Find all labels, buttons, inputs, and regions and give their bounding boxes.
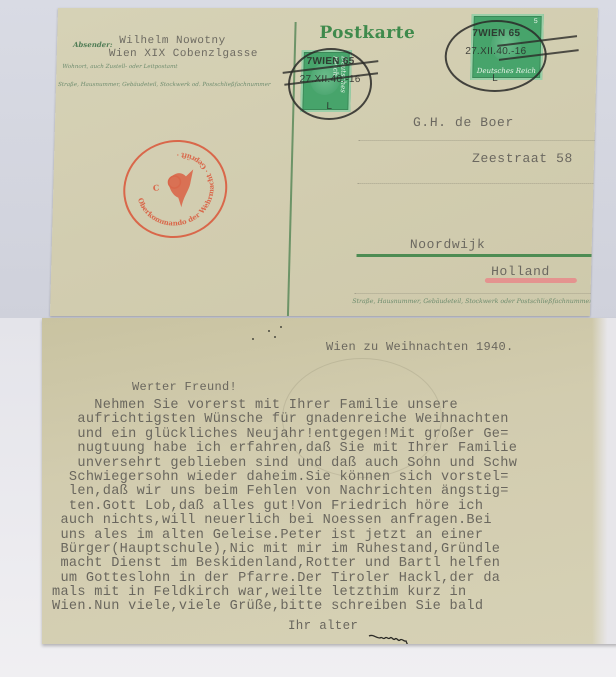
postcard-back: Wien zu Weihnachten 1940. Werter Freund!… (42, 318, 616, 644)
letter-body: Nehmen Sie vorerst mit Ihrer Familie uns… (52, 398, 517, 614)
city-underline (356, 254, 598, 257)
sender-address: Wien XIX Cobenzlgasse (109, 48, 258, 60)
letter-line: um Gotteslohn in der Pfarre.Der Tiroler … (52, 571, 517, 585)
letter-line: len,daß wir uns beim Fehlen von Nachrich… (52, 484, 517, 498)
ink-speck (268, 330, 270, 332)
address-print-line: Straße, Hausnummer, Gebäudeteil, Stockwe… (352, 298, 592, 305)
censor-stamp: Oberkommando der Wehrmacht · Geprüft · C (118, 133, 232, 245)
address-dotted-line (355, 293, 598, 294)
postmark-letter: L (446, 73, 544, 84)
letter-line: aufrichtigsten Wünsche für gnadenreiche … (52, 412, 517, 426)
card-edge-shadow (592, 318, 616, 644)
sender-print-line-2: Straße, Hausnummer, Gebäudeteil, Stockwe… (58, 82, 271, 88)
letter-date: Wien zu Weihnachten 1940. (326, 340, 514, 355)
letter-line: mals mit in Feldkirch war,weilte letzthi… (52, 585, 517, 599)
postcard-title: Postkarte (319, 23, 416, 43)
postmark-city: 7WIEN 65 (447, 28, 545, 39)
letter-line: auch nichts,will neuerlich bei Noessen a… (52, 513, 517, 527)
letter-line: nugtuung habe ich erfahren,daß Sie mit I… (52, 441, 517, 455)
postmark-left: 7WIEN 65 27.XII.40.-16 L (287, 48, 373, 120)
signature-icon (368, 632, 412, 644)
ink-speck (280, 326, 282, 328)
postcard-front: Absender: Wilhelm Nowotny Wien XIX Coben… (50, 8, 598, 316)
recipient-name: G.H. de Boer (413, 115, 514, 130)
sender-label: Absender: (73, 40, 113, 49)
letter-line: macht Dienst im Beskidenland,Rotter und … (52, 556, 517, 570)
recipient-country: Holland (491, 264, 550, 279)
letter-closing: Ihr alter (288, 619, 358, 634)
letter-line: uns ales im alten Geleise.Peter ist jetz… (52, 528, 517, 542)
sender-name: Wilhelm Nowotny (119, 35, 226, 47)
recipient-street: Zeestraat 58 (472, 151, 573, 166)
recipient-city: Noordwijk (410, 237, 486, 252)
letter-line: unversehrt geblieben sind und daß auch S… (52, 456, 517, 470)
letter-line: und ein glückliches Neujahr!entgegen!Mit… (52, 427, 517, 441)
letter-salutation: Werter Freund! (132, 380, 237, 395)
country-red-underline (485, 278, 577, 283)
eagle-emblem-icon (163, 167, 199, 211)
sender-print-line-1: Wohnort, auch Zustell- oder Leitpostamt (62, 64, 177, 70)
address-dotted-line (359, 140, 598, 141)
letter-line: Wien.Nun viele,viele Grüße,bitte schreib… (52, 599, 517, 613)
censor-letter: C (152, 182, 159, 193)
letter-line: Nehmen Sie vorerst mit Ihrer Familie uns… (52, 398, 517, 412)
address-dotted-line (357, 183, 598, 184)
ink-speck (274, 336, 276, 338)
postmark-letter: L (289, 101, 369, 112)
letter-line: ten.Gott Lob,daß alles gut!Von Friedrich… (52, 499, 517, 513)
letter-line: Bürger(Hauptschule),Nic mit mir im Ruhes… (52, 542, 517, 556)
letter-line: Schwiegersohn wieder daheim.Sie können s… (52, 470, 517, 484)
stamp-denomination: 5 (534, 18, 538, 25)
ink-speck (252, 338, 254, 340)
